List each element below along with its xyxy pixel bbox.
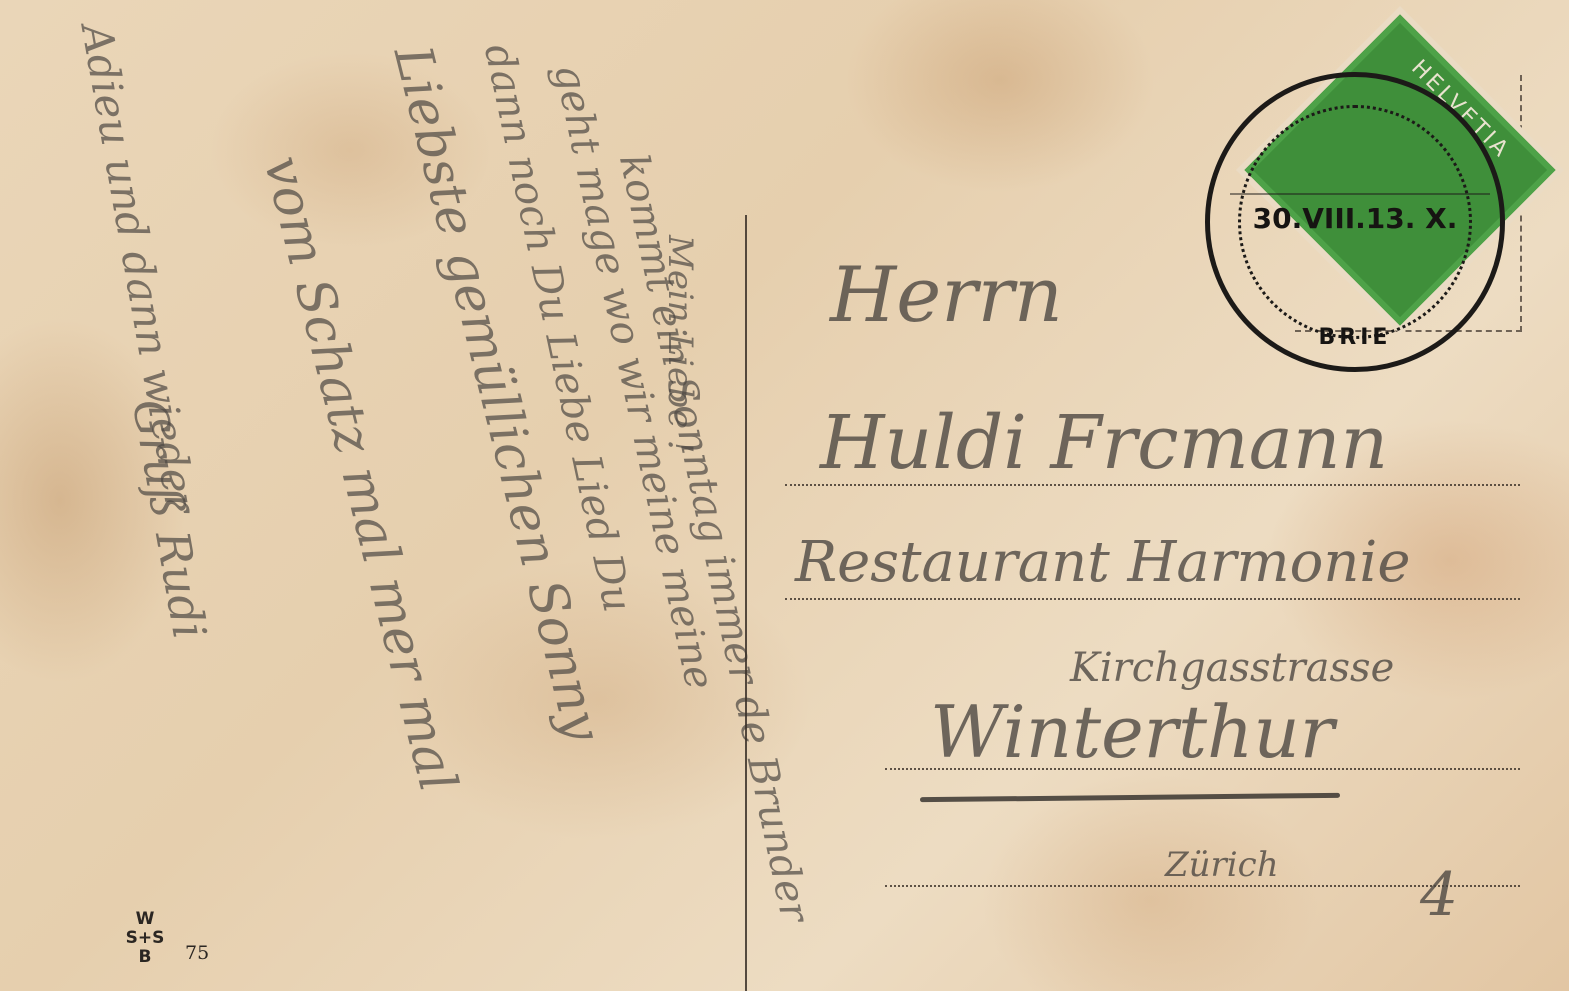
publisher-mark-bottom: B xyxy=(100,948,190,967)
publisher-number: 75 xyxy=(185,942,209,964)
publisher-mark-middle: S+S xyxy=(100,929,190,948)
address-salutation: Herrn xyxy=(830,250,1063,339)
message-line: kommt ein Sonntag immer de Brunder xyxy=(610,150,818,926)
postmark-town: BRIE xyxy=(1210,325,1500,350)
postmark-cancel: 30.VIII.13. X. BRIE xyxy=(1205,72,1505,372)
publisher-mark-top: W xyxy=(100,910,190,929)
city-underline xyxy=(920,793,1340,802)
postcard: Mein Liebe ! kommt ein Sonntag immer de … xyxy=(0,0,1569,991)
address-street: Kirchgasstrasse xyxy=(1070,645,1394,691)
address-line-2 xyxy=(785,598,1520,600)
address-mark: 4 xyxy=(1420,860,1458,930)
postmark-date: 30.VIII.13. X. xyxy=(1210,202,1500,235)
address-name: Huldi Frcmann xyxy=(820,400,1388,486)
postmark-line xyxy=(1230,193,1490,195)
card-divider xyxy=(745,215,747,991)
publisher-logo: W S+S B xyxy=(100,910,190,967)
address-line2-text: Restaurant Harmonie xyxy=(795,530,1410,595)
address-city: Winterthur xyxy=(930,690,1334,774)
address-region: Zürich xyxy=(1165,845,1279,885)
